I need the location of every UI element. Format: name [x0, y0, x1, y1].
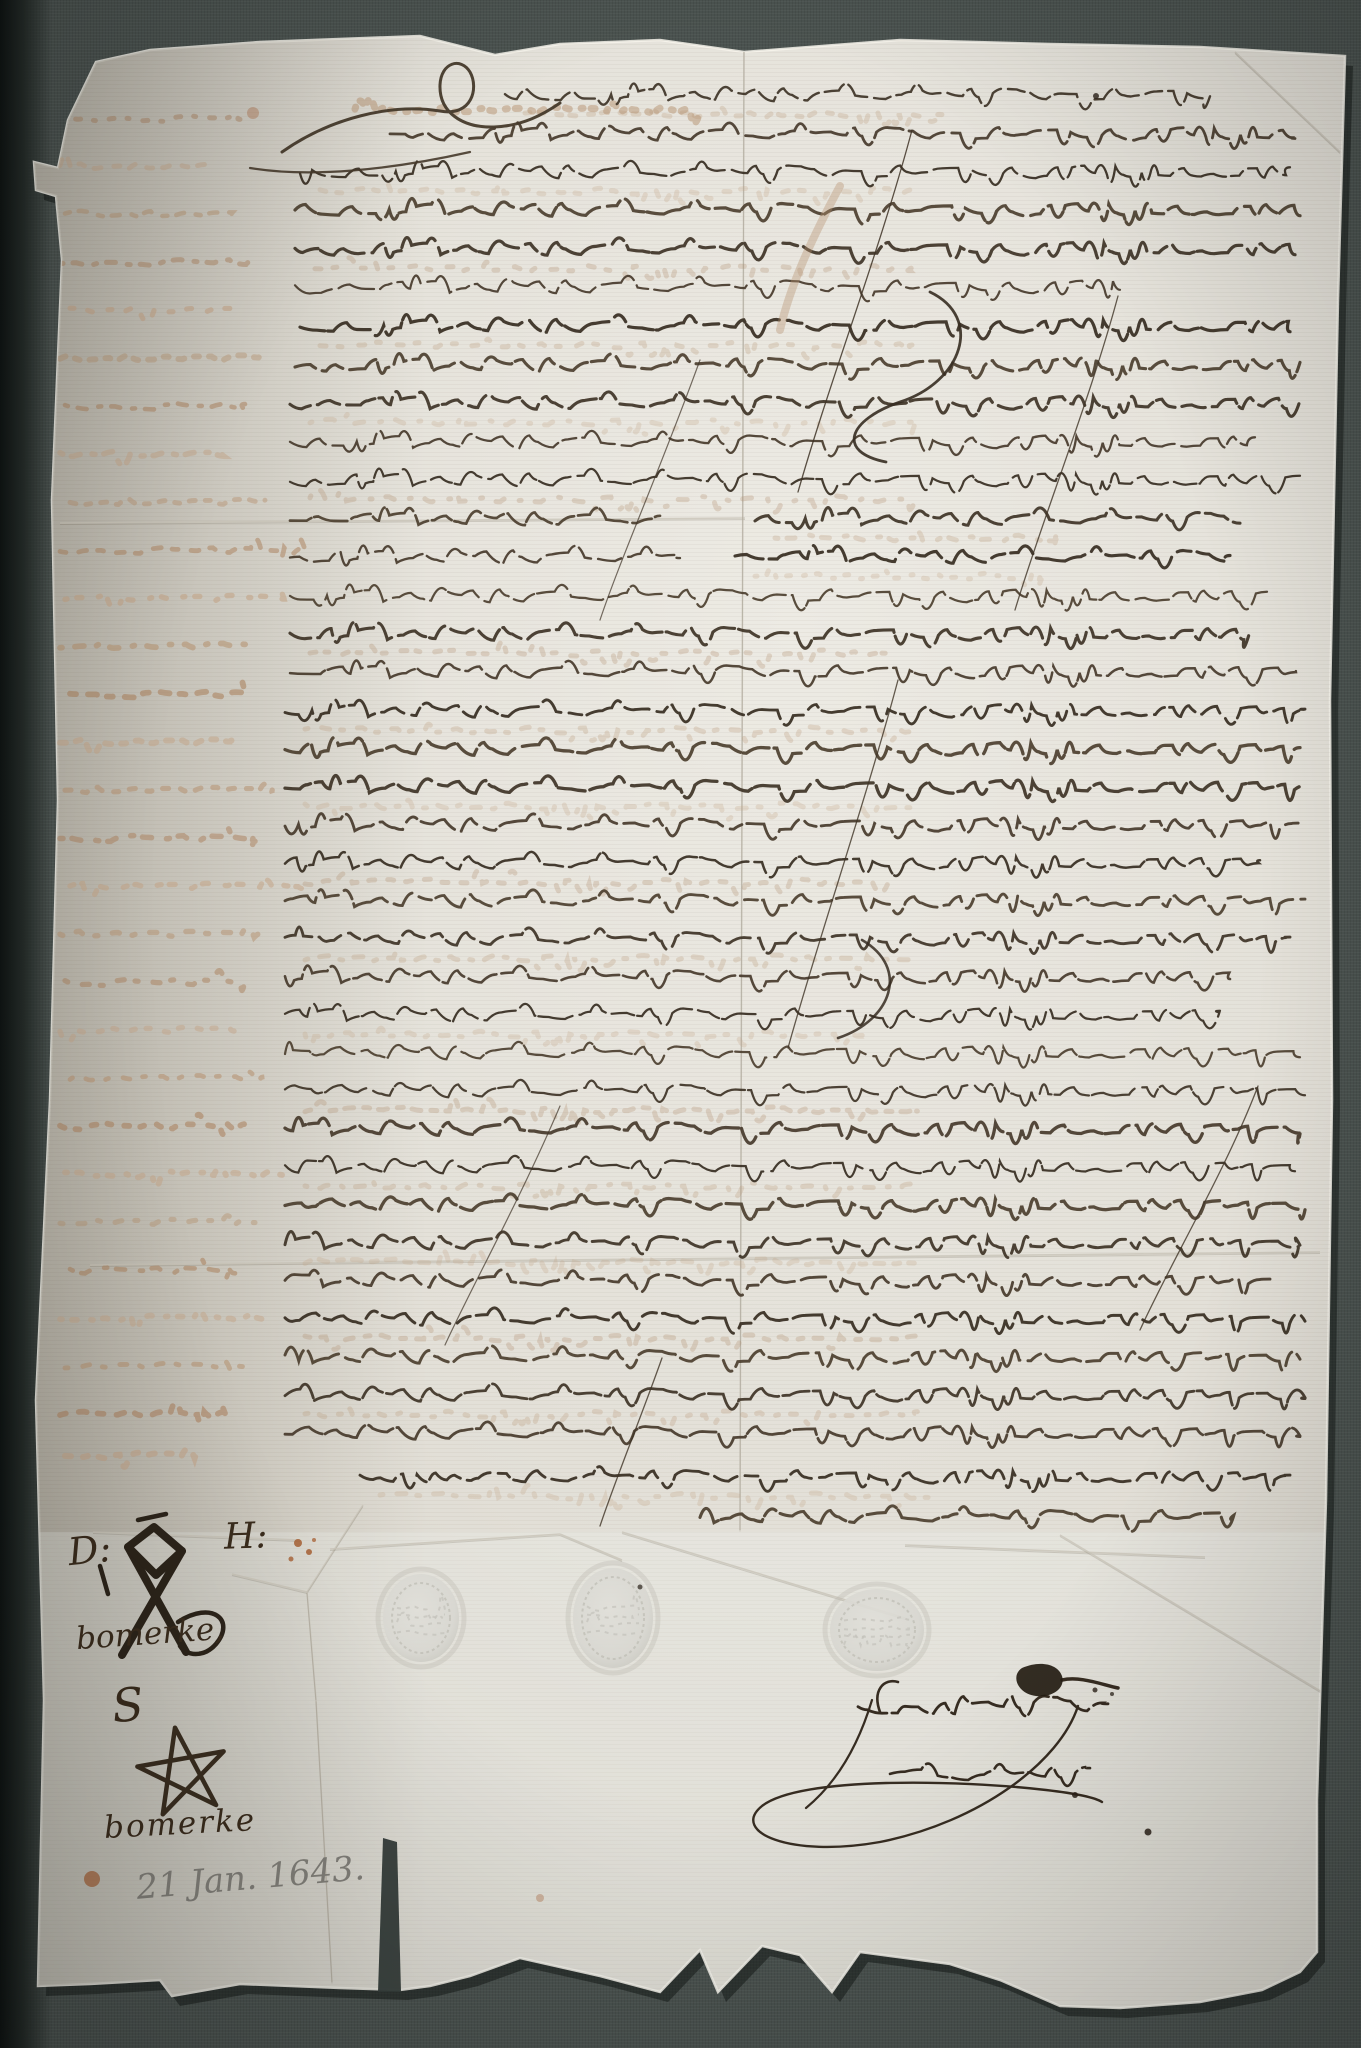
manuscript-scan-page: D: H: bomerke, S bomerke 21 Jan. 1643.: [0, 0, 1361, 2048]
photo-vignette: [0, 0, 1361, 2048]
